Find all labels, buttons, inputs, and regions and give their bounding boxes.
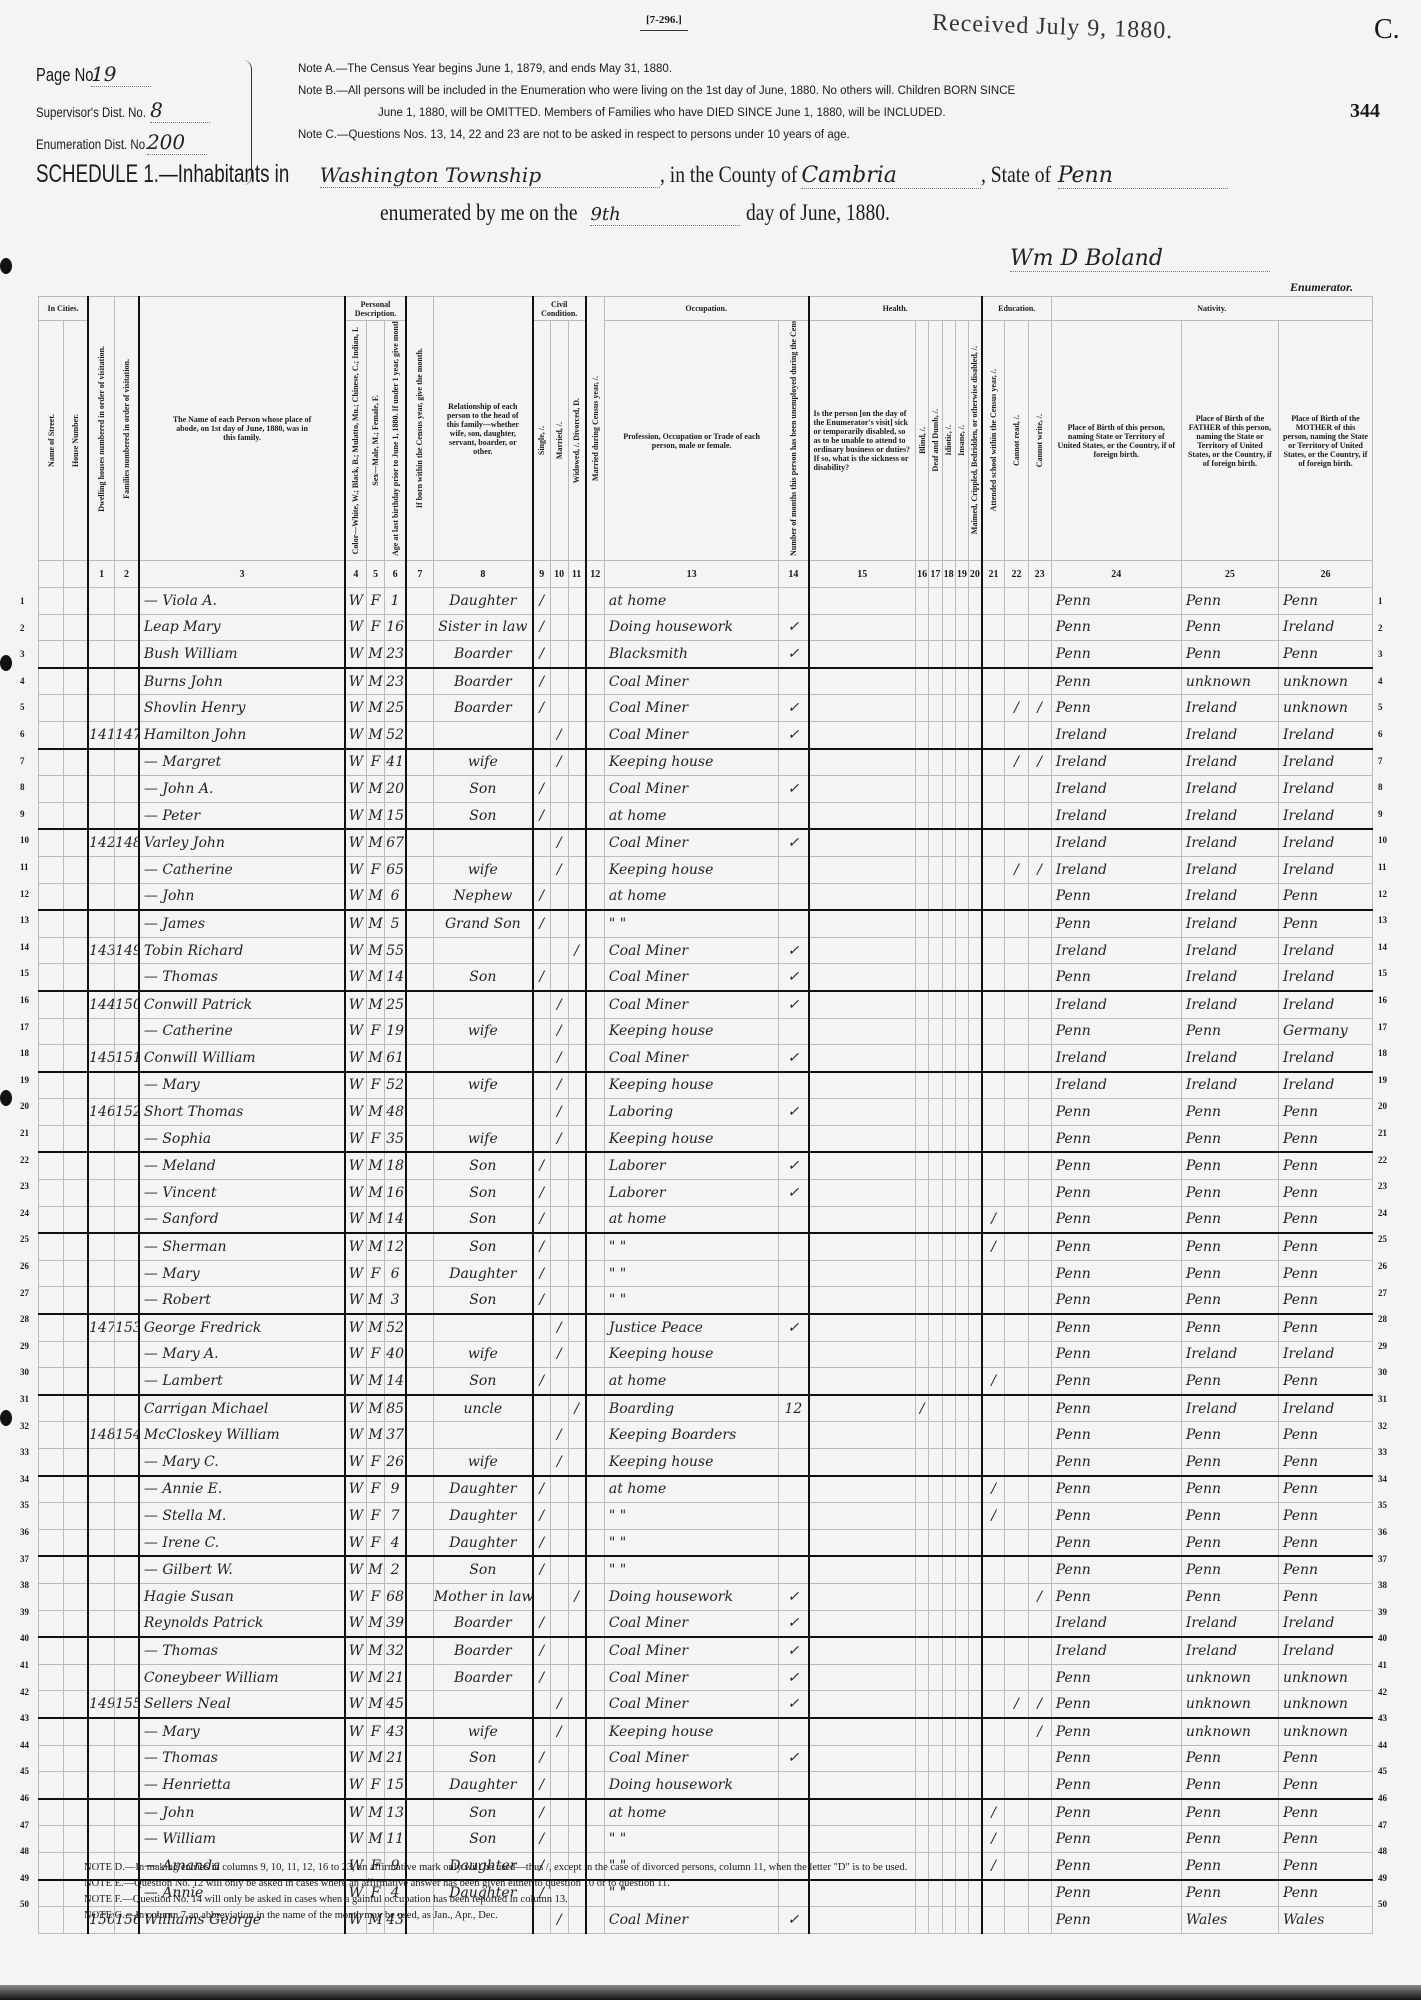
unemployed-value xyxy=(779,749,809,776)
cannot-write-mark xyxy=(1028,1341,1051,1368)
empty-cell xyxy=(929,1314,942,1341)
empty-cell xyxy=(942,668,955,695)
relationship-value: Daughter xyxy=(433,588,532,615)
empty-cell xyxy=(955,1529,968,1556)
person-name: Hamilton John xyxy=(139,721,345,748)
relationship-value xyxy=(433,937,532,964)
family-number xyxy=(115,1664,139,1691)
table-row: — HenriettaWF15Daughter/Doing houseworkP… xyxy=(39,1772,1373,1799)
father-birthplace-value: Ireland xyxy=(1181,721,1278,748)
table-row: — Stella M.WF7Daughter/" "/PennPennPenn xyxy=(39,1503,1373,1530)
unemployed-value: ✓ xyxy=(779,1314,809,1341)
widowed-mark xyxy=(568,1691,586,1718)
line-number: 41 xyxy=(1378,1660,1387,1670)
dwelling-number xyxy=(88,1718,114,1745)
column-number: 15 xyxy=(809,561,916,588)
empty-cell xyxy=(586,1583,605,1610)
sex-value: M xyxy=(366,1691,385,1718)
empty-cell xyxy=(968,1018,981,1045)
dwelling-number xyxy=(88,910,114,937)
empty-cell xyxy=(942,1826,955,1853)
empty-cell xyxy=(39,856,64,883)
empty-cell xyxy=(955,1287,968,1314)
relationship-value xyxy=(433,1099,532,1126)
blind-mark xyxy=(916,1018,929,1045)
empty-cell xyxy=(942,1907,955,1934)
father-birthplace-value: Ireland xyxy=(1181,1045,1278,1072)
empty-cell xyxy=(942,1072,955,1099)
blind-mark xyxy=(916,1099,929,1126)
family-number xyxy=(115,1556,139,1583)
header-school: Attended school within the Census year, … xyxy=(989,365,998,515)
sex-value: M xyxy=(366,991,385,1018)
line-number: 32 xyxy=(1378,1421,1387,1431)
widowed-mark xyxy=(568,1529,586,1556)
family-number xyxy=(115,964,139,991)
enumerator-label: Enumerator. xyxy=(1290,280,1353,295)
married-mark xyxy=(550,695,568,722)
empty-cell xyxy=(929,1018,942,1045)
empty-cell xyxy=(586,1826,605,1853)
group-in-cities: In Cities. xyxy=(39,297,89,321)
line-number: 44 xyxy=(1378,1740,1387,1750)
empty-cell xyxy=(942,1206,955,1233)
sickness-value xyxy=(809,641,916,668)
cannot-write-mark: / xyxy=(1028,856,1051,883)
empty-cell xyxy=(968,1072,981,1099)
cannot-read-mark xyxy=(1005,1826,1028,1853)
unemployed-value: ✓ xyxy=(779,991,809,1018)
cannot-write-mark xyxy=(1028,1125,1051,1152)
family-number xyxy=(115,1718,139,1745)
state-label: , State of xyxy=(981,162,1051,188)
column-number: 26 xyxy=(1278,561,1372,588)
mother-birthplace-value: Penn xyxy=(1278,1826,1372,1853)
table-row: — Mary A.WF40wife/Keeping housePennIrela… xyxy=(39,1341,1373,1368)
empty-cell xyxy=(929,1718,942,1745)
sex-value: M xyxy=(366,721,385,748)
empty-cell xyxy=(39,614,64,641)
line-number: 24 xyxy=(1378,1208,1387,1218)
family-number: 155 xyxy=(115,1691,139,1718)
mother-birthplace-value: Ireland xyxy=(1278,1637,1372,1664)
father-birthplace-value: Penn xyxy=(1181,1745,1278,1772)
empty-cell xyxy=(39,1395,64,1422)
empty-cell xyxy=(586,1772,605,1799)
empty-cell xyxy=(968,1852,981,1879)
birthplace-value: Ireland xyxy=(1051,937,1181,964)
family-number xyxy=(115,856,139,883)
line-number: 32 xyxy=(20,1421,29,1431)
empty-cell xyxy=(929,1556,942,1583)
father-birthplace-value: Penn xyxy=(1181,641,1278,668)
person-name: — Mary C. xyxy=(139,1449,345,1476)
empty-cell xyxy=(942,937,955,964)
column-number: 11 xyxy=(568,561,586,588)
person-name: Sellers Neal xyxy=(139,1691,345,1718)
dwelling-number xyxy=(88,856,114,883)
empty-cell xyxy=(64,1637,88,1664)
empty-cell xyxy=(586,937,605,964)
empty-cell xyxy=(942,1529,955,1556)
footer-notes: NOTE D.—In making entries in columns 9, … xyxy=(84,1860,907,1924)
school-mark xyxy=(982,1583,1005,1610)
occupation-value: Coal Miner xyxy=(604,1637,778,1664)
married-mark xyxy=(550,1772,568,1799)
line-number: 36 xyxy=(1378,1527,1387,1537)
empty-cell xyxy=(942,883,955,910)
empty-cell xyxy=(64,1072,88,1099)
sickness-value xyxy=(809,802,916,829)
blind-mark xyxy=(916,668,929,695)
header-sex: Sex—Male, M.; Female, F. xyxy=(371,391,380,490)
school-mark xyxy=(982,991,1005,1018)
blind-mark xyxy=(916,1745,929,1772)
empty-cell xyxy=(968,1907,981,1934)
empty-cell xyxy=(968,1152,981,1179)
relationship-value: Boarder xyxy=(433,641,532,668)
empty-cell xyxy=(942,1045,955,1072)
family-number xyxy=(115,1206,139,1233)
header-color: Color—White, W.; Black, B.; Mulatto, Mu.… xyxy=(351,323,360,558)
header-maimed: Maimed, Crippled, Bedridden, or otherwis… xyxy=(970,342,979,538)
empty-cell xyxy=(942,1314,955,1341)
empty-cell xyxy=(39,1152,64,1179)
relationship-value: wife xyxy=(433,1072,532,1099)
line-number: 6 xyxy=(20,729,25,739)
family-number: 154 xyxy=(115,1422,139,1449)
sex-value: M xyxy=(366,776,385,803)
empty-cell xyxy=(406,588,434,615)
empty-cell xyxy=(586,1018,605,1045)
family-number xyxy=(115,1449,139,1476)
person-name: Bush William xyxy=(139,641,345,668)
empty-cell xyxy=(955,1099,968,1126)
mother-birthplace-value: Penn xyxy=(1278,1745,1372,1772)
unemployed-value xyxy=(779,588,809,615)
cannot-read-mark xyxy=(1005,1772,1028,1799)
color-value: W xyxy=(345,1233,366,1260)
color-value: W xyxy=(345,1152,366,1179)
table-row: — CatherineWF65wife/Keeping house//Irela… xyxy=(39,856,1373,883)
empty-cell xyxy=(586,1368,605,1395)
empty-cell xyxy=(968,829,981,856)
color-value: W xyxy=(345,910,366,937)
dwelling-number xyxy=(88,1180,114,1207)
empty-cell xyxy=(968,721,981,748)
sex-value: M xyxy=(366,802,385,829)
empty-cell xyxy=(929,829,942,856)
header-born-month: If born within the Census year, give the… xyxy=(415,344,424,512)
sickness-value xyxy=(809,1503,916,1530)
line-number: 35 xyxy=(1378,1500,1387,1510)
line-number: 2 xyxy=(20,623,25,633)
cannot-write-mark xyxy=(1028,1045,1051,1072)
column-number: 2 xyxy=(115,561,139,588)
blind-mark xyxy=(916,749,929,776)
birthplace-value: Penn xyxy=(1051,1826,1181,1853)
column-number: 23 xyxy=(1028,561,1051,588)
cannot-write-mark xyxy=(1028,1503,1051,1530)
empty-cell xyxy=(955,1045,968,1072)
person-name: Burns John xyxy=(139,668,345,695)
blind-mark xyxy=(916,695,929,722)
school-mark xyxy=(982,614,1005,641)
line-number: 47 xyxy=(1378,1820,1387,1830)
married-mark xyxy=(550,1503,568,1530)
person-name: — Mary xyxy=(139,1260,345,1287)
empty-cell xyxy=(955,964,968,991)
cannot-read-mark xyxy=(1005,1287,1028,1314)
person-name: Carrigan Michael xyxy=(139,1395,345,1422)
father-birthplace-value: unknown xyxy=(1181,1664,1278,1691)
person-name: George Fredrick xyxy=(139,1314,345,1341)
empty-cell xyxy=(586,1637,605,1664)
empty-cell xyxy=(406,1180,434,1207)
empty-cell xyxy=(942,1099,955,1126)
school-mark xyxy=(982,1260,1005,1287)
cannot-write-mark xyxy=(1028,1072,1051,1099)
sickness-value xyxy=(809,829,916,856)
married-mark: / xyxy=(550,856,568,883)
father-birthplace-value: Penn xyxy=(1181,1152,1278,1179)
father-birthplace-value: Penn xyxy=(1181,1018,1278,1045)
empty-cell xyxy=(929,964,942,991)
line-number: 28 xyxy=(1378,1314,1387,1324)
cannot-read-mark xyxy=(1005,1610,1028,1637)
widowed-mark xyxy=(568,1556,586,1583)
mother-birthplace-value: Ireland xyxy=(1278,829,1372,856)
color-value: W xyxy=(345,1395,366,1422)
widowed-mark: / xyxy=(568,1395,586,1422)
person-name: — Lambert xyxy=(139,1368,345,1395)
dwelling-number xyxy=(88,1529,114,1556)
mother-birthplace-value: Penn xyxy=(1278,1852,1372,1879)
family-number: 152 xyxy=(115,1099,139,1126)
color-value: W xyxy=(345,1180,366,1207)
dwelling-number xyxy=(88,1772,114,1799)
father-birthplace-value: Penn xyxy=(1181,1125,1278,1152)
dwelling-number: 147 xyxy=(88,1314,114,1341)
relationship-value: Son xyxy=(433,1799,532,1826)
blind-mark xyxy=(916,1341,929,1368)
blind-mark xyxy=(916,776,929,803)
dwelling-number xyxy=(88,1341,114,1368)
sickness-value xyxy=(809,991,916,1018)
table-row: — MaryWF6Daughter/" "PennPennPenn xyxy=(39,1260,1373,1287)
birthplace-value: Penn xyxy=(1051,614,1181,641)
table-row: — JohnWM13Son/at home/PennPennPenn xyxy=(39,1799,1373,1826)
line-number: 13 xyxy=(20,915,29,925)
family-number xyxy=(115,1233,139,1260)
cannot-read-mark xyxy=(1005,1368,1028,1395)
color-value: W xyxy=(345,1072,366,1099)
mother-birthplace-value: Ireland xyxy=(1278,776,1372,803)
empty-cell xyxy=(39,1341,64,1368)
age-value: 61 xyxy=(385,1045,406,1072)
birthplace-value: Penn xyxy=(1051,1907,1181,1934)
color-value: W xyxy=(345,1422,366,1449)
line-number: 50 xyxy=(1378,1899,1387,1909)
empty-cell xyxy=(406,1422,434,1449)
empty-cell xyxy=(586,1745,605,1772)
empty-cell xyxy=(406,776,434,803)
empty-cell xyxy=(955,1826,968,1853)
empty-cell xyxy=(929,776,942,803)
color-value: W xyxy=(345,1610,366,1637)
line-number: 46 xyxy=(20,1793,29,1803)
empty-cell xyxy=(64,614,88,641)
father-birthplace-value: Penn xyxy=(1181,1206,1278,1233)
empty-cell xyxy=(586,1691,605,1718)
cannot-read-mark xyxy=(1005,1637,1028,1664)
line-number: 15 xyxy=(1378,968,1387,978)
single-mark xyxy=(533,1718,551,1745)
empty-cell xyxy=(955,1125,968,1152)
empty-cell xyxy=(64,1206,88,1233)
age-value: 14 xyxy=(385,1206,406,1233)
line-number: 34 xyxy=(1378,1474,1387,1484)
occupation-value: " " xyxy=(604,1529,778,1556)
color-value: W xyxy=(345,991,366,1018)
empty-cell xyxy=(929,588,942,615)
empty-cell xyxy=(406,1045,434,1072)
age-value: 39 xyxy=(385,1610,406,1637)
empty-cell xyxy=(968,937,981,964)
unemployed-value xyxy=(779,1072,809,1099)
mother-birthplace-value: Ireland xyxy=(1278,614,1372,641)
age-value: 14 xyxy=(385,964,406,991)
empty-cell xyxy=(39,1476,64,1503)
mother-birthplace-value: Ireland xyxy=(1278,1072,1372,1099)
family-number xyxy=(115,749,139,776)
widowed-mark xyxy=(568,1314,586,1341)
empty-cell xyxy=(968,1368,981,1395)
line-number: 12 xyxy=(1378,889,1387,899)
unemployed-value: ✓ xyxy=(779,641,809,668)
empty-cell xyxy=(929,991,942,1018)
widowed-mark xyxy=(568,1045,586,1072)
empty-cell xyxy=(955,1152,968,1179)
empty-cell xyxy=(968,1180,981,1207)
empty-cell xyxy=(955,991,968,1018)
school-mark xyxy=(982,883,1005,910)
father-birthplace-value: Ireland xyxy=(1181,802,1278,829)
father-birthplace-value: Penn xyxy=(1181,1449,1278,1476)
empty-cell xyxy=(955,1449,968,1476)
occupation-value: " " xyxy=(604,1233,778,1260)
married-mark xyxy=(550,1206,568,1233)
family-number: 147 xyxy=(115,721,139,748)
relationship-value: Grand Son xyxy=(433,910,532,937)
empty-cell xyxy=(955,776,968,803)
supervisor-label: Supervisor's Dist. No. xyxy=(36,104,146,120)
cannot-read-mark xyxy=(1005,1907,1028,1934)
column-number: 10 xyxy=(550,561,568,588)
blind-mark xyxy=(916,964,929,991)
color-value: W xyxy=(345,1018,366,1045)
column-number: 14 xyxy=(779,561,809,588)
sex-value: F xyxy=(366,1125,385,1152)
age-value: 45 xyxy=(385,1691,406,1718)
blind-mark xyxy=(916,1072,929,1099)
unemployed-value: ✓ xyxy=(779,721,809,748)
blind-mark xyxy=(916,1180,929,1207)
sickness-value xyxy=(809,1180,916,1207)
sickness-value xyxy=(809,856,916,883)
color-value: W xyxy=(345,776,366,803)
header-sick: Is the person [on the day of the Enumera… xyxy=(809,321,916,561)
birthplace-value: Penn xyxy=(1051,1583,1181,1610)
empty-cell xyxy=(955,588,968,615)
census-rows: — Viola A.WF1Daughter/at homePennPennPen… xyxy=(39,588,1373,1934)
dwelling-number xyxy=(88,1018,114,1045)
empty-cell xyxy=(39,1610,64,1637)
father-birthplace-value: Ireland xyxy=(1181,1072,1278,1099)
dwelling-number xyxy=(88,1287,114,1314)
empty-cell xyxy=(929,695,942,722)
single-mark xyxy=(533,937,551,964)
empty-cell xyxy=(64,1395,88,1422)
sex-value: M xyxy=(366,1637,385,1664)
age-value: 12 xyxy=(385,1233,406,1260)
empty-cell xyxy=(955,1691,968,1718)
empty-cell xyxy=(929,1125,942,1152)
empty-cell xyxy=(39,964,64,991)
family-number xyxy=(115,1529,139,1556)
occupation-value: Keeping house xyxy=(604,1018,778,1045)
sickness-value xyxy=(809,668,916,695)
empty-cell xyxy=(968,1125,981,1152)
dwelling-number xyxy=(88,1395,114,1422)
single-mark: / xyxy=(533,1799,551,1826)
cannot-write-mark xyxy=(1028,1907,1051,1934)
color-value: W xyxy=(345,1691,366,1718)
age-value: 7 xyxy=(385,1503,406,1530)
empty-cell xyxy=(942,1583,955,1610)
color-value: W xyxy=(345,1583,366,1610)
empty-cell xyxy=(406,1368,434,1395)
birthplace-value: Penn xyxy=(1051,1368,1181,1395)
sickness-value xyxy=(809,1799,916,1826)
person-name: — John xyxy=(139,1799,345,1826)
empty-cell xyxy=(968,1045,981,1072)
empty-cell xyxy=(942,695,955,722)
unemployed-value: ✓ xyxy=(779,1045,809,1072)
widowed-mark xyxy=(568,1449,586,1476)
relationship-value: wife xyxy=(433,749,532,776)
family-number xyxy=(115,1610,139,1637)
sex-value: F xyxy=(366,1260,385,1287)
school-mark xyxy=(982,1152,1005,1179)
empty-cell xyxy=(39,588,64,615)
relationship-value: Boarder xyxy=(433,1637,532,1664)
cannot-read-mark xyxy=(1005,1449,1028,1476)
mother-birthplace-value: Penn xyxy=(1278,1583,1372,1610)
empty-cell xyxy=(406,1152,434,1179)
line-number: 23 xyxy=(1378,1181,1387,1191)
table-row: Shovlin HenryWM25Boarder/Coal Miner✓//Pe… xyxy=(39,695,1373,722)
sickness-value xyxy=(809,1072,916,1099)
cannot-read-mark xyxy=(1005,1152,1028,1179)
empty-cell xyxy=(929,668,942,695)
line-number: 49 xyxy=(1378,1873,1387,1883)
age-value: 43 xyxy=(385,1718,406,1745)
married-mark: / xyxy=(550,991,568,1018)
age-value: 16 xyxy=(385,1180,406,1207)
unemployed-value: ✓ xyxy=(779,1745,809,1772)
empty-cell xyxy=(955,1772,968,1799)
